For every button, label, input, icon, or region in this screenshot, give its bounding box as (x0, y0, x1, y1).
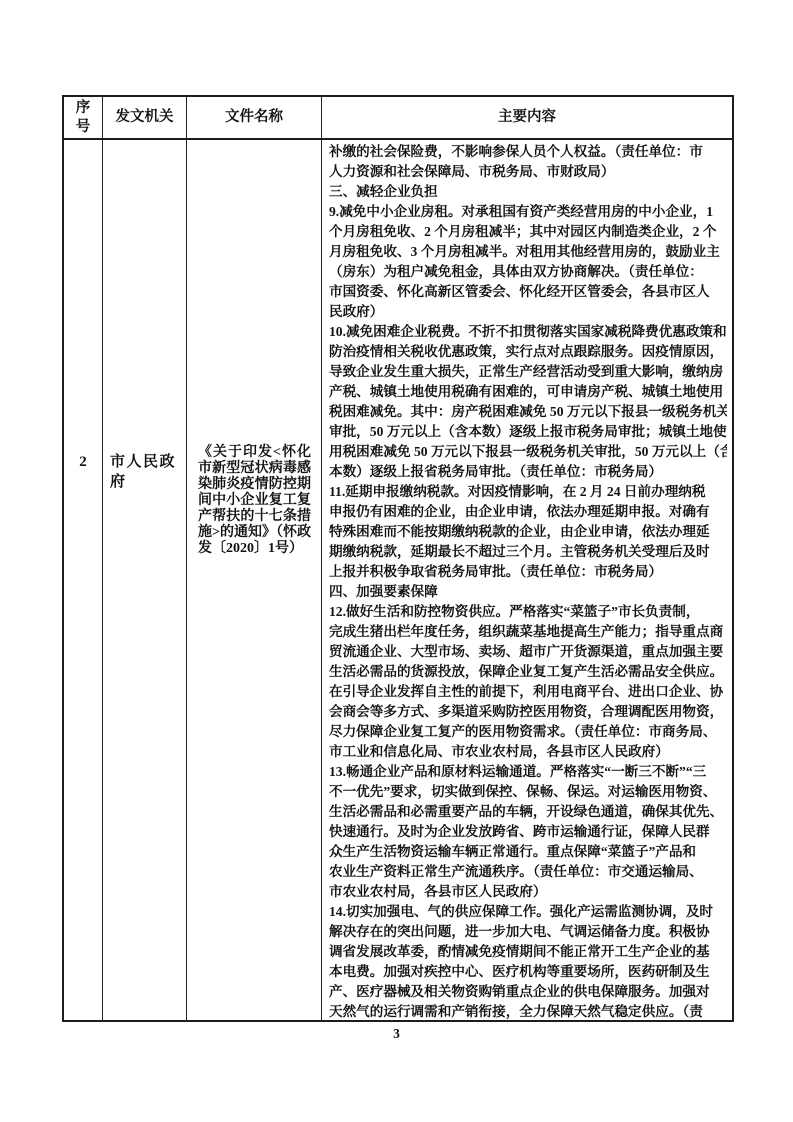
content-line: 完成生猪出栏年度任务，组织蔬菜基地提高生产能力；指导重点商 (329, 622, 727, 642)
content-line: 本数）逐级上报省税务局审批。（责任单位：市税务局） (329, 462, 727, 482)
document-page: 序号 发文机关 文件名称 主要内容 2 市人民政府 《关于印发<怀化市新型冠状病… (0, 0, 793, 1122)
content-line: 众生产生活物资运输车辆正常通行。重点保障“菜篮子”产品和 (329, 842, 727, 862)
content-line: 产税、城镇土地使用税确有困难的，可申请房产税、城镇土地使用 (329, 382, 727, 402)
content-line: 申报仍有困难的企业，由企业申请，依法办理延期申报。对确有 (329, 502, 727, 522)
agency-cell: 市人民政府 (103, 140, 187, 1020)
page-number: 3 (0, 1026, 793, 1042)
content-line: 生活必需品的货源投放，保障企业复工复产生活必需品安全供应。 (329, 662, 727, 682)
content-line: 民政府） (329, 302, 727, 322)
content-line: 农业生产资料正常生产流通秩序。（责任单位：市交通运输局、 (329, 862, 727, 882)
seq-cell: 2 (64, 140, 103, 1020)
content-line: 上报并积极争取省税务局审批。（责任单位：市税务局） (329, 562, 727, 582)
header-label-main-content: 主要内容 (498, 109, 556, 126)
agency-value: 市人民政府 (110, 454, 176, 490)
content-line: 在引导企业发挥自主性的前提下，利用电商平台、进出口企业、协 (329, 682, 727, 702)
content-line: 特殊困难而不能按期缴纳税款的企业，由企业申请，依法办理延 (329, 522, 727, 542)
content-line: 市工业和信息化局、市农业农村局，各县市区人民政府） (329, 742, 727, 762)
content-line: 尽力保障企业复工复产的医用物资需求。（责任单位：市商务局、 (329, 722, 727, 742)
content-line: 期缴纳税款，延期最长不超过三个月。主管税务机关受理后及时 (329, 542, 727, 562)
doc-name-cell: 《关于印发<怀化市新型冠状病毒感染肺炎疫情防控期间中小企业复工复产帮扶的十七条措… (187, 140, 322, 1020)
seq-value: 2 (79, 452, 87, 472)
content-line: 11.延期申报缴纳税款。对因疫情影响，在 2 月 24 日前办理纳税 (329, 482, 727, 502)
content-line: 补缴的社会保险费，不影响参保人员个人权益。（责任单位：市 (329, 142, 727, 162)
content-line: 不一优先”要求，切实做到保控、保畅、保运。对运输医用物资、 (329, 782, 727, 802)
header-cell-seq: 序号 (64, 97, 103, 140)
content-line: 月房租免收、3 个月房租减半。对租用其他经营用房的，鼓励业主 (329, 242, 727, 262)
content-line: 用税困难减免 50 万元以下报县一级税务机关审批，50 万元以上（含 (329, 442, 727, 462)
content-line: 9.减免中小企业房租。对承租国有资产类经营用房的中小企业，1 (329, 202, 727, 222)
content-line: 本电费。加强对疾控中心、医疗机构等重要场所，医药研制及生 (329, 962, 727, 982)
content-line: 生活必需品和必需重要产品的车辆，开设绿色通道，确保其优先、 (329, 802, 727, 822)
content-line: 14.切实加强电、气的供应保障工作。强化产运需监测协调，及时 (329, 902, 727, 922)
header-cell-agency: 发文机关 (103, 97, 187, 140)
doc-name-value: 《关于印发<怀化市新型冠状病毒感染肺炎疫情防控期间中小企业复工复产帮扶的十七条措… (198, 445, 311, 556)
policy-table: 序号 发文机关 文件名称 主要内容 2 市人民政府 《关于印发<怀化市新型冠状病… (62, 95, 734, 1022)
header-label-seq: 序号 (75, 99, 90, 135)
header-label-doc-name: 文件名称 (225, 109, 283, 126)
content-line: 税困难减免。其中：房产税困难减免 50 万元以下报县一级税务机关 (329, 402, 727, 422)
content-line: 贸流通企业、大型市场、卖场、超市广开货源渠道，重点加强主要 (329, 642, 727, 662)
content-line: 产、医疗器械及相关物资购销重点企业的供电保障服务。加强对 (329, 982, 727, 1002)
header-label-agency: 发文机关 (116, 109, 174, 126)
content-line: 12.做好生活和防控物资供应。严格落实“菜篮子”市长负责制， (329, 602, 727, 622)
content-line: 四、加强要素保障 (329, 582, 727, 602)
content-line: （房东）为租户减免租金，具体由双方协商解决。（责任单位： (329, 262, 727, 282)
content-line: 会商会等多方式、多渠道采购防控医用物资，合理调配医用物资， (329, 702, 727, 722)
content-line: 导致企业发生重大损失，正常生产经营活动受到重大影响，缴纳房 (329, 362, 727, 382)
content-line: 市国资委、怀化高新区管委会、怀化经开区管委会，各县市区人 (329, 282, 727, 302)
content-line: 13.畅通企业产品和原材料运输通道。严格落实“一断三不断”“三 (329, 762, 727, 782)
content-line: 快速通行。及时为企业发放跨省、跨市运输通行证，保障人民群 (329, 822, 727, 842)
header-cell-main-content: 主要内容 (322, 97, 732, 140)
content-line: 10.减免困难企业税费。不折不扣贯彻落实国家减税降费优惠政策和 (329, 322, 727, 342)
content-line: 审批，50 万元以上（含本数）逐级上报市税务局审批；城镇土地使 (329, 422, 727, 442)
main-content-cell: 补缴的社会保险费，不影响参保人员个人权益。（责任单位：市人力资源和社会保障局、市… (322, 140, 732, 1020)
content-line: 调省发展改革委，酌情减免疫情期间不能正常开工生产企业的基 (329, 942, 727, 962)
header-cell-doc-name: 文件名称 (187, 97, 322, 140)
content-line: 个月房租免收、2 个月房租减半；其中对园区内制造类企业，2 个 (329, 222, 727, 242)
content-line: 市农业农村局，各县市区人民政府） (329, 882, 727, 902)
content-line: 天然气的运行调需和产销衔接，全力保障天然气稳定供应。（责 (329, 1002, 727, 1020)
content-line: 防治疫情相关税收优惠政策，实行点对点跟踪服务。因疫情原因， (329, 342, 727, 362)
content-line: 三、减轻企业负担 (329, 182, 727, 202)
content-line: 人力资源和社会保障局、市税务局、市财政局） (329, 162, 727, 182)
content-line: 解决存在的突出问题，进一步加大电、气调运储备力度。积极协 (329, 922, 727, 942)
